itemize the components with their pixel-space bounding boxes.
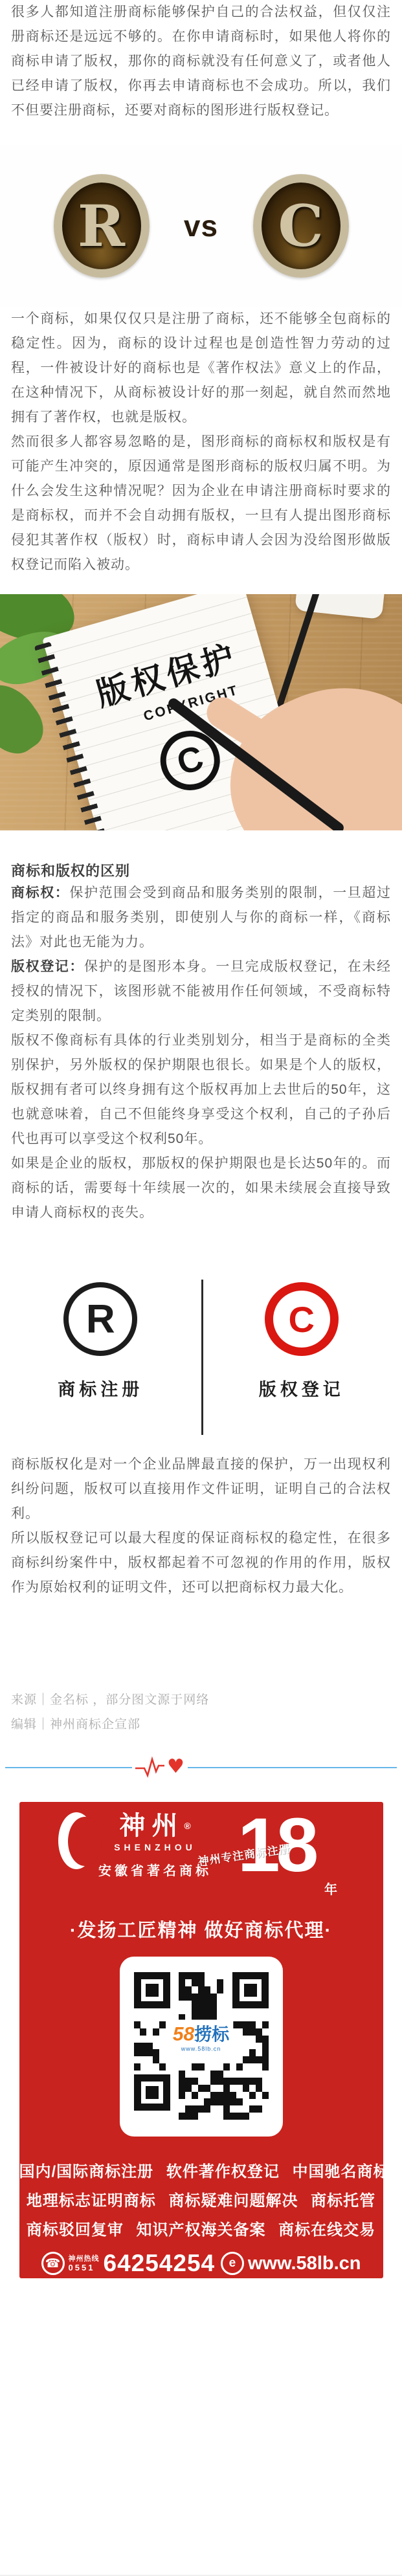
service-line: 国内/国际商标注册 软件著作权登记 中国驰名商标 [19, 2157, 383, 2186]
brand-name-cn: 神州® [98, 1811, 212, 1841]
copyright-mark-icon: C [265, 1282, 339, 1356]
web-icon: e [221, 2252, 244, 2275]
brand-years-block: 18 神州专注商标注册 年 [221, 1811, 344, 1902]
qr-finder-icon [134, 2074, 170, 2111]
trademark-register-block: R 商标注册 [0, 1274, 201, 1452]
area-code: 0551 [69, 2263, 100, 2272]
heart-icon: ♥ [167, 1756, 184, 1778]
trademark-right-label: 商标权： [11, 885, 69, 900]
article-page: 很多人都知道注册商标能够保护自己的合法权益，但仅仅注册商标还是远远不够的。在你申… [0, 0, 402, 2576]
editor-credit: 编辑｜神州商标企宣部 [11, 1713, 391, 1737]
brand-subtitle: 安徽省著名商标 [98, 1860, 212, 1879]
qr-center-logo: 58捞标 www.58lb.cn [169, 2020, 233, 2054]
website-group: e www.58lb.cn [221, 2252, 361, 2275]
paragraph-brand-protection: 商标版权化是对一个企业品牌最直接的保护，万一出现权利纠纷问题，版权可以直接用作文… [0, 1452, 402, 1526]
coin-letter-r: R [78, 192, 125, 260]
qr-finder-icon [232, 1972, 269, 2008]
copyright-register-label: 版权登记 [259, 1375, 344, 1401]
registered-trademark-coin: R [54, 174, 150, 278]
promo-poster: 神州® SHENZHOU 安徽省著名商标 18 神州专注商标注册 年 ·发扬工匠… [19, 1802, 383, 2278]
copyright-register-block: C 版权登记 [201, 1274, 402, 1452]
bird-logo-icon [58, 1812, 95, 1869]
vertical-divider [201, 1280, 203, 1435]
phone-number: 64254254 [104, 2250, 216, 2277]
qr-code: 58捞标 www.58lb.cn [134, 1972, 269, 2120]
paragraph-design: 一个商标，如果仅仅只是注册了商标，还不能够全包商标的稳定性。因为，商标的设计过程… [0, 307, 402, 430]
r-c-compare-image: R 商标注册 C 版权登记 [0, 1274, 402, 1452]
article-credits: 来源｜金名标 ，部分图文源于网络 编辑｜神州商标企宣部 [0, 1688, 402, 1737]
services-list: 国内/国际商标注册 软件著作权登记 中国驰名商标 地理标志证明商标 商标疑难问题… [19, 2157, 383, 2245]
hotline-block: 神州热线 0551 [69, 2255, 100, 2272]
coin-letter-c: C [278, 192, 323, 260]
copyright-registration-label: 版权登记： [11, 959, 84, 974]
registered-mark-icon: R [63, 1282, 137, 1356]
trademark-register-label: 商标注册 [58, 1375, 143, 1401]
qr-code-box: 58捞标 www.58lb.cn [120, 1957, 283, 2137]
brand-name-en: SHENZHOU [98, 1842, 212, 1852]
qr-finder-icon [134, 1972, 170, 2008]
qr-logo-58: 58 [173, 2024, 194, 2045]
registered-mark: ® [184, 1821, 190, 1831]
paragraph-conflict: 然而很多人都容易忽略的是，图形商标的商标权和版权是有可能产生冲突的，原因通常是图… [0, 430, 402, 577]
paragraph-copyright-registration: 版权登记：保护的是图形本身。一旦完成版权登记，在未经授权的情况下，该图形就不能被… [0, 955, 402, 1028]
brand-logo-block: 神州® SHENZHOU 安徽省著名商标 18 神州专注商标注册 年 [19, 1811, 383, 1902]
poster-slogan: ·发扬工匠精神 做好商标代理· [19, 1916, 383, 1942]
phone-icon: ☎ [41, 2252, 65, 2275]
brand-left: 神州® SHENZHOU 安徽省著名商标 [58, 1811, 212, 1879]
paragraph-trademark-right: 商标权：保护范围会受到商品和服务类别的限制，一旦超过指定的商品和服务类别，即使别… [0, 881, 402, 955]
paragraph-conclusion: 所以版权登记可以最大程度的保证商标权的稳定性，在很多商标纠纷案件中，版权都起着不… [0, 1526, 402, 1600]
plant-leaf [0, 672, 52, 764]
phone-group: ☎ 神州热线 0551 64254254 [41, 2250, 216, 2277]
vs-text: vs [150, 208, 253, 243]
source-credit: 来源｜金名标 ，部分图文源于网络 [11, 1688, 391, 1713]
service-line: 商标驳回复审 知识产权海关备案 商标在线交易 [19, 2215, 383, 2245]
section-heading: 商标和版权的区别 [0, 861, 402, 881]
service-line: 地理标志证明商标 商标疑难问题解决 商标托管 [19, 2186, 383, 2215]
qr-logo-laobiao: 捞标 [194, 2025, 229, 2045]
contact-row: ☎ 神州热线 0551 64254254 e www.58lb.cn [19, 2250, 383, 2277]
paragraph-company-term: 如果是企业的版权，那版权的保护期限也是长达50年的。而商标的话，需要每十年续展一… [0, 1151, 402, 1225]
paragraph-intro: 很多人都知道注册商标能够保护自己的合法权益，但仅仅注册商标还是远远不够的。在你申… [0, 0, 402, 123]
section-divider: ♥ [5, 1767, 397, 1768]
years-unit: 年 [324, 1879, 337, 1898]
copyright-notebook-photo: 版权保护 COPYRIGHT C [0, 594, 402, 830]
website-url: www.58lb.cn [248, 2253, 361, 2274]
paragraph-protection-term: 版权不像商标有具体的行业类别划分，相当于是商标的全类别保护，另外版权的保护期限也… [0, 1028, 402, 1151]
qr-logo-site: www.58lb.cn [173, 2046, 229, 2052]
article-body: 很多人都知道注册商标能够保护自己的合法权益，但仅仅注册商标还是远远不够的。在你申… [0, 0, 402, 1737]
copyright-coin: C [253, 174, 349, 278]
heartbeat-decoration: ♥ [132, 1755, 188, 1779]
brand-name-cn-text: 神州 [119, 1812, 184, 1840]
r-vs-c-image: R vs C [0, 145, 402, 307]
heartbeat-icon [135, 1755, 165, 1779]
